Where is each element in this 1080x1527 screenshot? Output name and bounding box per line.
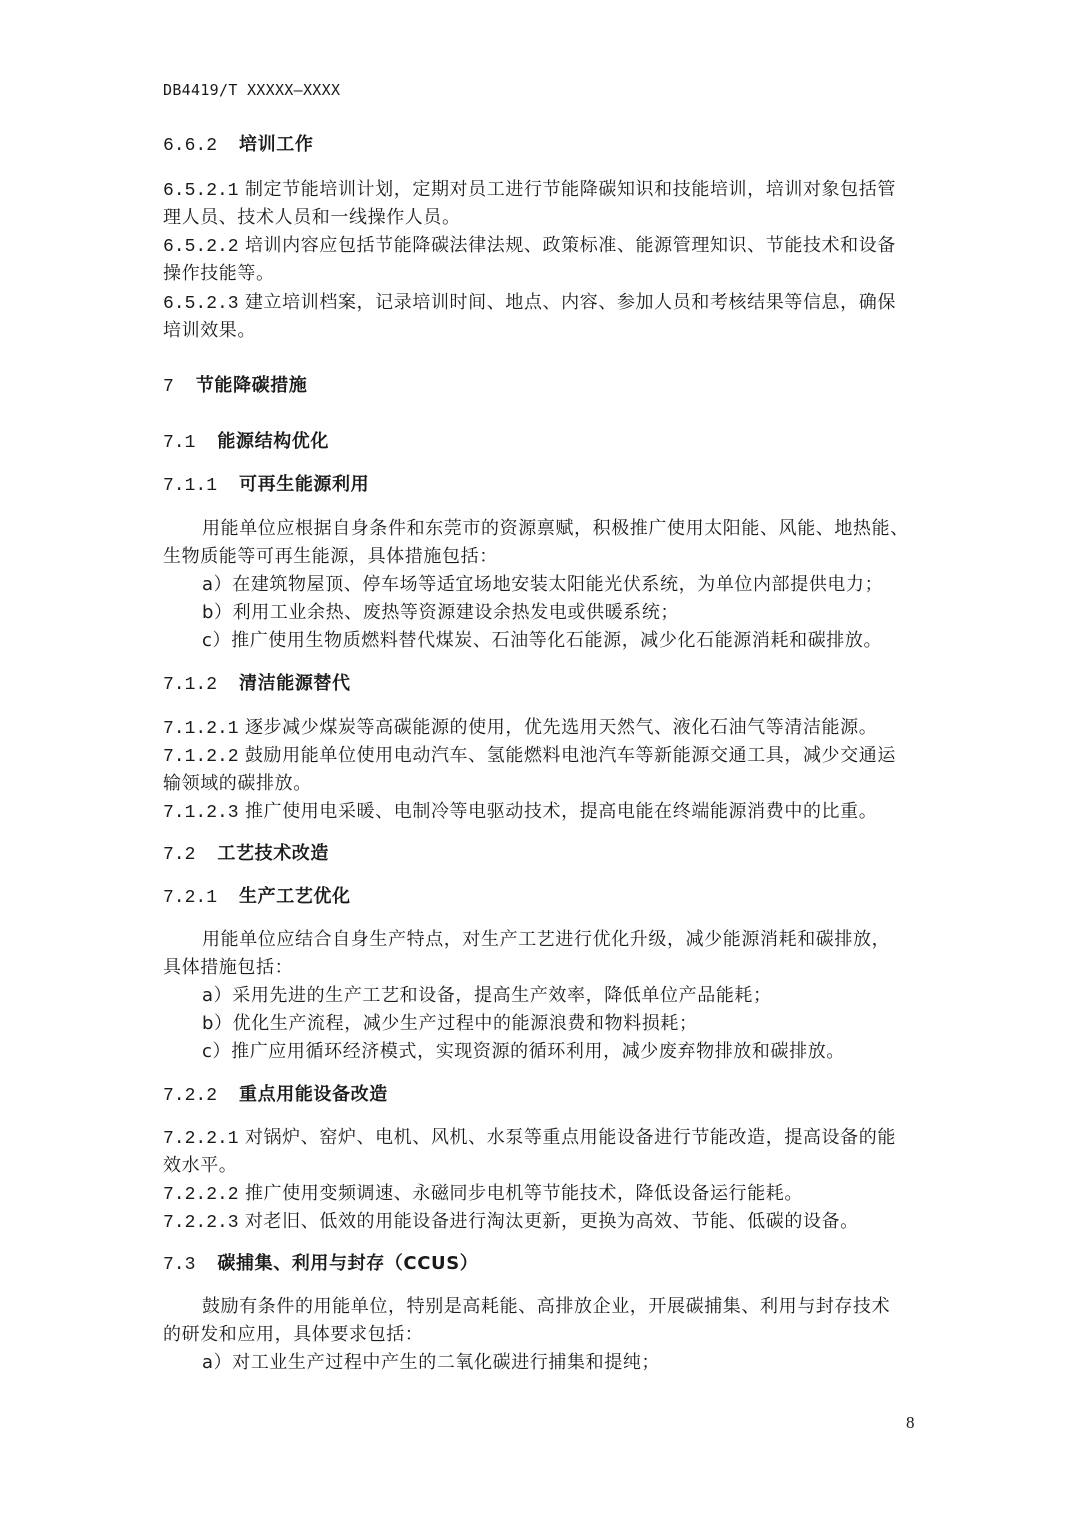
section-title: 能源结构优化: [217, 431, 329, 452]
section-number: 7.1.1: [163, 476, 217, 496]
clause-number: 7.2.2.1: [163, 1129, 239, 1149]
clause-text: 鼓励用能单位使用电动汽车、氢能燃料电池汽车等新能源交通工具，减少交通运: [245, 745, 896, 766]
clause-7-1-2-1: 7.1.2.1 逐步减少煤炭等高碳能源的使用，优先选用天然气、液化石油气等清洁能…: [163, 716, 877, 741]
clause-text: 建立培训档案，记录培训时间、地点、内容、参加人员和考核结果等信息，确保: [245, 292, 896, 313]
heading-7: 7节能降碳措施: [163, 374, 307, 399]
section-number: 7.2.2: [163, 1086, 217, 1106]
clause-7-2-2-2: 7.2.2.2 推广使用变频调速、永磁同步电机等节能技术，降低设备运行能耗。: [163, 1182, 803, 1207]
heading-7-2-2: 7.2.2重点用能设备改造: [163, 1083, 388, 1108]
clause-number: 6.5.2.3: [163, 294, 239, 314]
page-number: 8: [906, 1413, 915, 1433]
clause-6-5-2-1: 6.5.2.1 制定节能培训计划，定期对员工进行节能降碳知识和技能培训，培训对象…: [163, 178, 896, 203]
heading-7-1-1: 7.1.1可再生能源利用: [163, 473, 369, 498]
clause-number: 6.5.2.1: [163, 181, 239, 201]
heading-6-6-2: 6.6.2培训工作: [163, 133, 313, 158]
clause-7-1-2-2-cont: 输领域的碳排放。: [163, 772, 312, 796]
clause-text: 制定节能培训计划，定期对员工进行节能降碳知识和技能培训，培训对象包括管: [245, 179, 896, 200]
section-number: 7: [163, 377, 174, 397]
list-item-c: c）推广使用生物质燃料替代煤炭、石油等化石能源，减少化石能源消耗和碳排放。: [202, 629, 882, 653]
clause-6-5-2-2-cont: 操作技能等。: [163, 262, 275, 286]
section-title: 工艺技术改造: [217, 843, 329, 864]
clause-6-5-2-1-cont: 理人员、技术人员和一线操作人员。: [163, 206, 461, 230]
paragraph-7-1-1: 用能单位应根据自身条件和东莞市的资源禀赋，积极推广使用太阳能、风能、地热能、: [202, 517, 909, 541]
list-item-a: a）在建筑物屋顶、停车场等适宜场地安装太阳能光伏系统，为单位内部提供电力；: [202, 573, 883, 597]
section-title: 清洁能源替代: [239, 673, 351, 694]
list-item-b: b）利用工业余热、废热等资源建设余热发电或供暖系统；: [202, 601, 679, 625]
heading-7-2: 7.2工艺技术改造: [163, 842, 329, 867]
clause-number: 7.1.2.3: [163, 803, 239, 823]
section-title: 碳捕集、利用与封存（CCUS）: [217, 1253, 478, 1274]
clause-text: 逐步减少煤炭等高碳能源的使用，优先选用天然气、液化石油气等清洁能源。: [245, 717, 877, 738]
clause-7-1-2-2: 7.1.2.2 鼓励用能单位使用电动汽车、氢能燃料电池汽车等新能源交通工具，减少…: [163, 744, 896, 769]
heading-7-2-1: 7.2.1生产工艺优化: [163, 885, 351, 910]
section-number: 6.6.2: [163, 136, 217, 156]
document-code-header: DB4419/T XXXXX—XXXX: [163, 78, 340, 102]
section-title: 生产工艺优化: [239, 886, 351, 907]
clause-6-5-2-3-cont: 培训效果。: [163, 319, 256, 343]
list-item-c: c）推广应用循环经济模式，实现资源的循环利用，减少废弃物排放和碳排放。: [202, 1040, 845, 1064]
heading-7-3: 7.3碳捕集、利用与封存（CCUS）: [163, 1252, 478, 1277]
clause-number: 7.1.2.1: [163, 719, 239, 739]
clause-6-5-2-3: 6.5.2.3 建立培训档案，记录培训时间、地点、内容、参加人员和考核结果等信息…: [163, 291, 896, 316]
clause-text: 推广使用电采暖、电制冷等电驱动技术，提高电能在终端能源消费中的比重。: [245, 801, 877, 822]
heading-7-1: 7.1能源结构优化: [163, 430, 329, 455]
paragraph-7-2-1: 用能单位应结合自身生产特点，对生产工艺进行优化升级，减少能源消耗和碳排放，: [202, 928, 890, 952]
paragraph-7-3: 鼓励有条件的用能单位，特别是高耗能、高排放企业，开展碳捕集、利用与封存技术: [202, 1295, 890, 1319]
section-number: 7.2: [163, 845, 195, 865]
section-title: 节能降碳措施: [196, 375, 308, 396]
section-title: 重点用能设备改造: [239, 1084, 388, 1105]
clause-number: 7.1.2.2: [163, 747, 239, 767]
section-number: 7.1.2: [163, 675, 217, 695]
section-title: 可再生能源利用: [239, 474, 369, 495]
clause-number: 7.2.2.3: [163, 1213, 239, 1233]
clause-7-1-2-3: 7.1.2.3 推广使用电采暖、电制冷等电驱动技术，提高电能在终端能源消费中的比…: [163, 800, 877, 825]
clause-text: 对锅炉、窑炉、电机、风机、水泵等重点用能设备进行节能改造，提高设备的能: [245, 1127, 896, 1148]
paragraph-7-2-1-cont: 具体措施包括：: [163, 956, 293, 980]
section-title: 培训工作: [239, 134, 313, 155]
clause-text: 对老旧、低效的用能设备进行淘汰更新，更换为高效、节能、低碳的设备。: [245, 1211, 859, 1232]
heading-7-1-2: 7.1.2清洁能源替代: [163, 672, 351, 697]
list-item-a: a）对工业生产过程中产生的二氧化碳进行捕集和提纯；: [202, 1351, 660, 1375]
section-number: 7.3: [163, 1255, 195, 1275]
list-item-a: a）采用先进的生产工艺和设备，提高生产效率，降低单位产品能耗；: [202, 984, 772, 1008]
clause-number: 6.5.2.2: [163, 237, 239, 257]
clause-text: 推广使用变频调速、永磁同步电机等节能技术，降低设备运行能耗。: [245, 1183, 803, 1204]
clause-7-2-2-3: 7.2.2.3 对老旧、低效的用能设备进行淘汰更新，更换为高效、节能、低碳的设备…: [163, 1210, 859, 1235]
clause-number: 7.2.2.2: [163, 1185, 239, 1205]
section-number: 7.2.1: [163, 888, 217, 908]
clause-7-2-2-1: 7.2.2.1 对锅炉、窑炉、电机、风机、水泵等重点用能设备进行节能改造，提高设…: [163, 1126, 896, 1151]
clause-6-5-2-2: 6.5.2.2 培训内容应包括节能降碳法律法规、政策标准、能源管理知识、节能技术…: [163, 234, 896, 259]
list-item-b: b）优化生产流程，减少生产过程中的能源浪费和物料损耗；: [202, 1012, 698, 1036]
clause-7-2-2-1-cont: 效水平。: [163, 1154, 237, 1178]
clause-text: 培训内容应包括节能降碳法律法规、政策标准、能源管理知识、节能技术和设备: [245, 235, 896, 256]
section-number: 7.1: [163, 433, 195, 453]
paragraph-7-1-1-cont: 生物质能等可再生能源，具体措施包括：: [163, 545, 498, 569]
paragraph-7-3-cont: 的研发和应用，具体要求包括：: [163, 1323, 423, 1347]
